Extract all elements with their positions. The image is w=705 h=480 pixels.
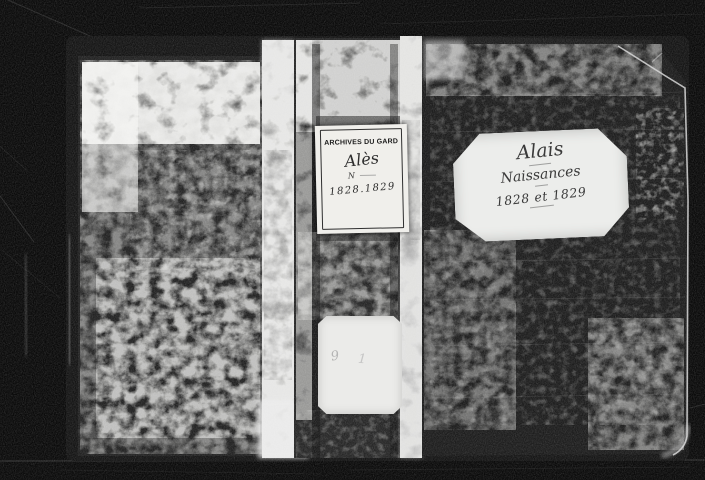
spine-label: ARCHIVES DU GARD Alès N 1828.1829 xyxy=(315,124,409,234)
faint-pencil-mark: 1 xyxy=(357,352,366,368)
scanned-register-cover: ARCHIVES DU GARD Alès N 1828.1829 9 1 Al… xyxy=(0,0,705,480)
spine-years: 1828.1829 xyxy=(329,181,396,198)
faint-pencil-mark: 9 xyxy=(330,348,341,364)
flourish-rule xyxy=(535,184,548,186)
series-mark: N xyxy=(348,171,355,180)
series-mark-rule xyxy=(360,175,376,176)
spine-lower-label: 9 1 xyxy=(318,316,402,414)
spine-town: Alès xyxy=(343,148,379,171)
cover-record-type: Naissances xyxy=(500,163,581,187)
spine-label-frame: ARCHIVES DU GARD Alès N 1828.1829 xyxy=(320,128,404,230)
cover-label: Alais Naissances 1828 et 1829 xyxy=(452,127,631,242)
flourish-rule xyxy=(530,205,554,209)
cover-town: Alais xyxy=(515,138,564,164)
archive-name: ARCHIVES DU GARD xyxy=(324,138,398,147)
series-mark-row: N xyxy=(348,171,376,181)
